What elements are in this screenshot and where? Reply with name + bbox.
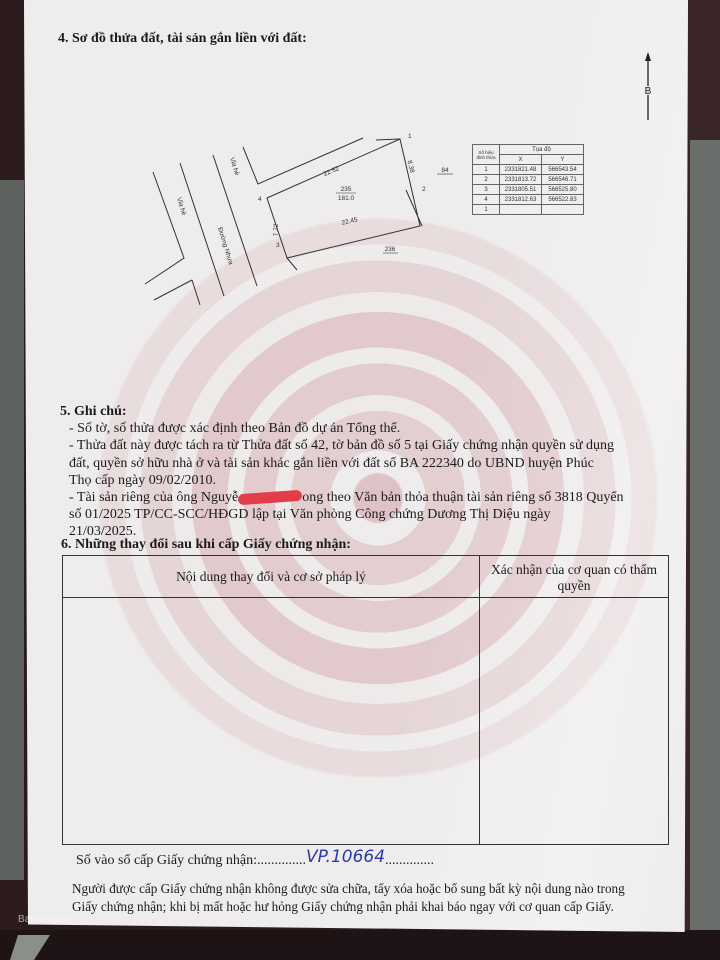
warning-text: Người được cấp Giấy chứng nhận không đượ… bbox=[72, 880, 672, 916]
svg-text:22.52: 22.52 bbox=[323, 165, 341, 178]
parcel-sketch: 22.52 22.45 8.38 7.72 235 181.0 236 84 1… bbox=[140, 120, 480, 320]
section-4-title: 4. Sơ đồ thửa đất, tài sản gắn liền với … bbox=[58, 31, 307, 47]
note-line: - Tài sản riêng của ông Nguyễong theo Vă… bbox=[60, 489, 660, 506]
svg-text:B: B bbox=[645, 86, 652, 97]
svg-text:Vỉa hè: Vỉa hè bbox=[175, 196, 188, 216]
section-6-title: 6. Những thay đổi sau khi cấp Giấy chứng… bbox=[61, 537, 351, 553]
background-bottom bbox=[0, 930, 720, 960]
svg-text:Vỉa hè: Vỉa hè bbox=[228, 156, 241, 176]
svg-text:235: 235 bbox=[341, 186, 352, 193]
svg-text:8.38: 8.38 bbox=[406, 160, 416, 174]
redaction-mark bbox=[238, 490, 303, 505]
background-right-surface bbox=[690, 140, 720, 940]
coordinate-table: Số hiệu đỉnh thửa Tọa độ X Y 12331821.48… bbox=[472, 144, 584, 215]
svg-text:3: 3 bbox=[276, 242, 280, 249]
table-row: 22331813.72566546.71 bbox=[473, 175, 584, 185]
column-header-confirmation: Xác nhận của cơ quan có thẩm quyền bbox=[480, 558, 668, 597]
svg-text:7.72: 7.72 bbox=[273, 223, 280, 236]
svg-text:181.0: 181.0 bbox=[338, 195, 355, 202]
registry-number-line: Số vào sổ cấp Giấy chứng nhận:..........… bbox=[76, 849, 434, 869]
header-coord: Tọa độ bbox=[500, 145, 584, 155]
registry-number: VP.10664 bbox=[306, 847, 385, 867]
svg-text:84: 84 bbox=[441, 167, 449, 174]
north-arrow-icon: B bbox=[642, 52, 654, 122]
header-x: X bbox=[500, 155, 542, 165]
note-line: đất, quyền sở hữu nhà ở và tài sản khác … bbox=[60, 455, 660, 472]
svg-text:4: 4 bbox=[258, 196, 262, 203]
note-line: Thọ cấp ngày 09/02/2010. bbox=[60, 472, 660, 489]
registry-label: Số vào sổ cấp Giấy chứng nhận: bbox=[76, 853, 257, 868]
svg-text:2: 2 bbox=[422, 186, 426, 193]
column-header-content: Nội dung thay đổi và cơ sở pháp lý bbox=[63, 556, 479, 597]
svg-text:22.45: 22.45 bbox=[341, 216, 359, 227]
note-line: - Số tờ, số thửa được xác định theo Bản … bbox=[60, 420, 660, 437]
site-watermark: Batdongsan bbox=[18, 914, 71, 925]
table-row: 42331812.63566522.83 bbox=[473, 195, 584, 205]
svg-text:1: 1 bbox=[408, 133, 412, 140]
section-5-title: 5. Ghi chú: bbox=[60, 403, 660, 420]
background-left-surface bbox=[0, 180, 24, 880]
svg-text:Đường Nhựa: Đường Nhựa bbox=[216, 227, 234, 266]
note-line: số 01/2025 TP/CC-SCC/HĐGD lập tại Văn ph… bbox=[60, 506, 660, 523]
certificate-page: 4. Sơ đồ thửa đất, tài sản gắn liền với … bbox=[24, 0, 688, 932]
header-point: Số hiệu đỉnh thửa bbox=[473, 145, 500, 165]
table-row: 32331805.51566525.80 bbox=[473, 185, 584, 195]
table-row: 1 bbox=[473, 205, 584, 215]
changes-table: Nội dung thay đổi và cơ sở pháp lý Xác n… bbox=[62, 555, 669, 845]
svg-text:236: 236 bbox=[385, 246, 396, 253]
note-line: - Thửa đất này được tách ra từ Thửa đất … bbox=[60, 437, 660, 454]
header-y: Y bbox=[542, 155, 584, 165]
table-row: 12331821.48566543.54 bbox=[473, 165, 584, 175]
notes-section: 5. Ghi chú: - Số tờ, số thửa được xác đị… bbox=[60, 403, 660, 541]
